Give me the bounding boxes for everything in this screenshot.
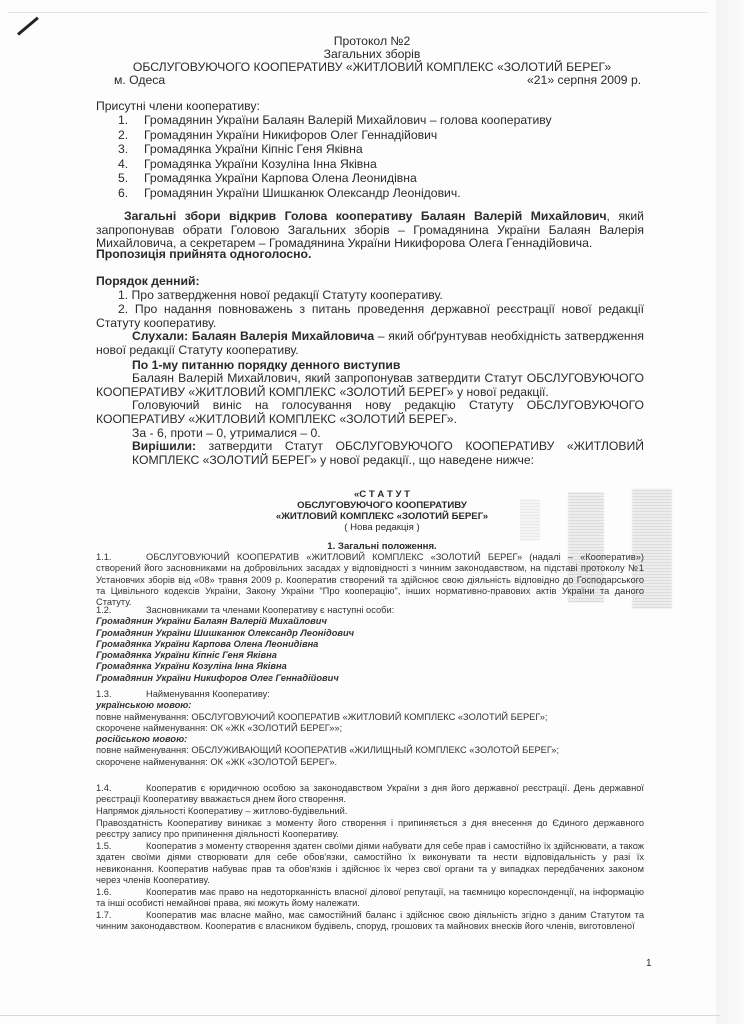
founder-item: Громадянин України Шишканюк Олександр Ле… bbox=[96, 628, 644, 639]
clause-text: Кооператив є юридичною особою за законод… bbox=[96, 783, 644, 804]
item-number: 6. bbox=[118, 186, 144, 201]
document-page: Протокол №2 Загальних зборів ОБСЛУГОВУЮЧ… bbox=[0, 0, 744, 1024]
statute-org-line2: «ЖИТЛОВИЙ КОМПЛЕКС «ЗОЛОТИЙ БЕРЕГ» bbox=[10, 511, 744, 522]
item-number: 1. bbox=[118, 113, 144, 128]
clause-1-3: 1.3.Найменування Кооперативу: українсько… bbox=[96, 689, 644, 768]
attendees-list: 1.Громадянин України Балаян Валерій Миха… bbox=[118, 113, 552, 201]
clause-1-5: 1.5.Кооператив з моменту створення здате… bbox=[96, 841, 644, 886]
clause-number: 1.1. bbox=[96, 552, 146, 563]
heard-label: Слухали: Балаян Валерія Михайловича bbox=[132, 329, 374, 343]
ru-short-name: скорочене найменування: ОК «ЖК «ЗОЛОТОЙ … bbox=[96, 757, 644, 768]
opening-bold: Загальні збори відкрив Голова кооператив… bbox=[124, 209, 607, 223]
clause-text: Засновниками та членами Кооперативу є на… bbox=[146, 605, 394, 615]
item-number: 4. bbox=[118, 157, 144, 172]
protocol-subtitle: Загальних зборів bbox=[0, 47, 744, 61]
organization-name: ОБСЛУГОВУЮЧОГО КООПЕРАТИВУ «ЖИТЛОВИЙ КОМ… bbox=[0, 60, 744, 74]
ua-label: українською мовою: bbox=[96, 700, 644, 711]
clause-1-6: 1.6.Кооператив має право на недоторканні… bbox=[96, 887, 644, 910]
item-number: 5. bbox=[118, 171, 144, 186]
agenda-heading: Порядок денний: bbox=[96, 274, 200, 288]
vote-result: За - 6, проти – 0, утрималися – 0. bbox=[132, 426, 321, 440]
page-number: 1 bbox=[646, 958, 652, 969]
clause-number: 1.3. bbox=[96, 689, 146, 700]
clause-text: Найменування Кооперативу: bbox=[146, 689, 270, 699]
clause-text: Кооператив з моменту створення здатен св… bbox=[96, 841, 644, 885]
section-title: 1. Загальні положення. bbox=[10, 541, 744, 552]
ru-label: російською мовою: bbox=[96, 734, 644, 745]
statute-org-line1: ОБСЛУГОВУЮЧОГО КООПЕРАТИВУ bbox=[10, 500, 744, 511]
protocol-title: Протокол №2 bbox=[0, 34, 744, 48]
list-item: 5.Громадянка України Карпова Олена Леони… bbox=[118, 171, 552, 186]
item-text: Громадянка України Кіпніс Геня Яківна bbox=[144, 142, 363, 156]
item-text: Громадянка України Карпова Олена Леониді… bbox=[144, 171, 417, 185]
item-number: 3. bbox=[118, 142, 144, 157]
scan-edge-line bbox=[8, 12, 708, 13]
founder-item: Громадянин України Балаян Валерій Михайл… bbox=[96, 616, 644, 627]
city: м. Одеса bbox=[114, 73, 165, 87]
clause-number: 1.5. bbox=[96, 841, 146, 852]
clause-number: 1.2. bbox=[96, 605, 146, 616]
statute-title: «С Т А Т У Т bbox=[10, 489, 744, 500]
decided-paragraph: Вирішили: затвердити Статут ОБСЛУГОВУЮЧО… bbox=[132, 440, 644, 467]
vote-call-paragraph: Головуючий виніс на голосування нову ред… bbox=[96, 399, 644, 426]
opening-paragraph: Загальні збори відкрив Голова кооператив… bbox=[96, 210, 644, 251]
ua-full-name: повне найменування: ОБСЛУГОВУЮЧИЙ КООПЕР… bbox=[96, 712, 644, 723]
decided-label: Вирішили: bbox=[132, 439, 196, 453]
agenda-item-2: 2. Про надання повноважень з питань пров… bbox=[96, 303, 644, 330]
list-item: 2.Громадянин України Никифоров Олег Генн… bbox=[118, 128, 552, 143]
item-text: Громадянин України Балаян Валерій Михайл… bbox=[144, 113, 552, 127]
clause-text: ОБСЛУГОВУЮЧИЙ КООПЕРАТИВ «ЖИТЛОВИЙ КОМПЛ… bbox=[96, 552, 644, 607]
item-text: Громадянин України Шишканюк Олександр Ле… bbox=[144, 186, 461, 200]
list-item: 3.Громадянка України Кіпніс Геня Яківна bbox=[118, 142, 552, 157]
first-item-label: По 1-му питанню порядку денного виступив bbox=[132, 358, 400, 372]
founder-item: Громадянка України Кіпніс Геня Яківна bbox=[96, 650, 644, 661]
clause-number: 1.6. bbox=[96, 887, 146, 898]
clause-number: 1.4. bbox=[96, 783, 146, 794]
direction-text: Напрямок діяльності Кооперативу – житлов… bbox=[96, 806, 644, 817]
scan-edge-line bbox=[0, 1015, 720, 1016]
founder-item: Громадянка України Карпова Олена Леониді… bbox=[96, 639, 644, 650]
date: «21» серпня 2009 р. bbox=[527, 73, 641, 87]
clause-1-1: 1.1.ОБСЛУГОВУЮЧИЙ КООПЕРАТИВ «ЖИТЛОВИЙ К… bbox=[96, 552, 644, 608]
ru-full-name: повне найменування: ОБСЛУЖИВАЮЩИЙ КООПЕР… bbox=[96, 745, 644, 756]
item-number: 2. bbox=[118, 128, 144, 143]
list-item: 6.Громадянин України Шишканюк Олександр … bbox=[118, 186, 552, 201]
heard-paragraph: Слухали: Балаян Валерія Михайловича – як… bbox=[96, 330, 644, 357]
clause-1-7: 1.7.Кооператив має власне майно, має сам… bbox=[96, 910, 644, 933]
list-item: 4.Громадянка України Козуліна Інна Яківн… bbox=[118, 157, 552, 172]
pen-mark bbox=[17, 17, 39, 36]
clause-text: Кооператив має власне майно, має самості… bbox=[96, 910, 644, 931]
founder-item: Громадянин України Никифоров Олег Геннад… bbox=[96, 673, 644, 684]
clause-1-4: 1.4.Кооператив є юридичною особою за зак… bbox=[96, 783, 644, 806]
item-text: Громадянка України Козуліна Інна Яківна bbox=[144, 157, 377, 171]
agenda-item-1: 1. Про затвердження нової редакції Стату… bbox=[96, 289, 644, 303]
founder-item: Громадянка України Козуліна Інна Яківна bbox=[96, 661, 644, 672]
ua-short-name: скорочене найменування: ОК «ЖК «ЗОЛОТИЙ … bbox=[96, 723, 644, 734]
attendees-heading: Присутні члени кооперативу: bbox=[96, 99, 260, 113]
list-item: 1.Громадянин України Балаян Валерій Миха… bbox=[118, 113, 552, 128]
statute-edition: ( Нова редакція ) bbox=[10, 522, 744, 533]
clause-text: Кооператив має право на недоторканність … bbox=[96, 887, 644, 908]
clause-number: 1.7. bbox=[96, 910, 146, 921]
decided-text: затвердити Статут ОБСЛУГОВУЮЧОГО КООПЕРА… bbox=[132, 439, 644, 467]
resolution: Пропозиція прийнята одноголосно. bbox=[96, 247, 311, 261]
clause-1-2: 1.2.Засновниками та членами Кооперативу … bbox=[96, 605, 644, 684]
capacity-text: Правоздатність Кооперативу виникає з мом… bbox=[96, 818, 644, 841]
speech-paragraph: Балаян Валерій Михайлович, який запропон… bbox=[96, 372, 644, 399]
item-text: Громадянин України Никифоров Олег Геннад… bbox=[144, 128, 437, 142]
